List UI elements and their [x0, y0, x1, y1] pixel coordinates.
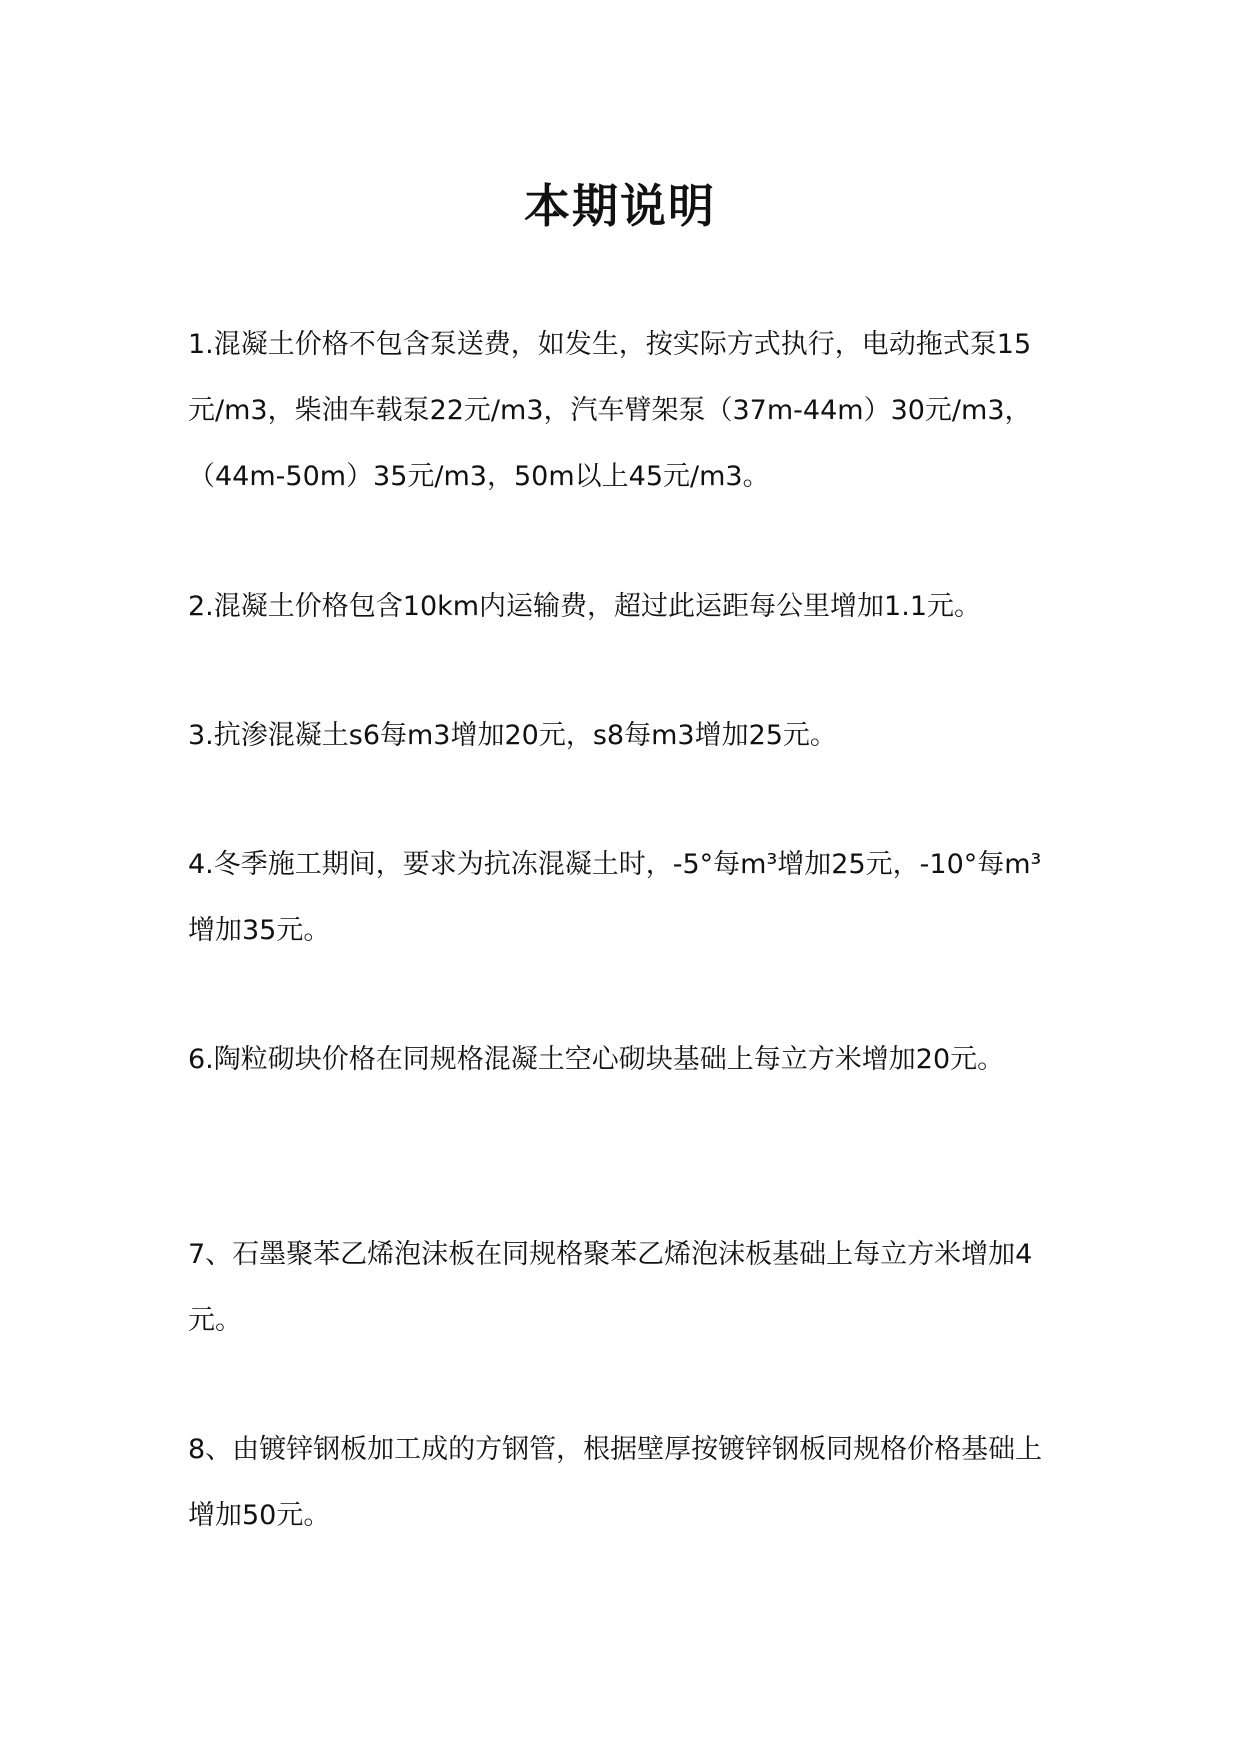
paragraph-3: 3.抗渗混凝土s6每m3增加20元，s8每m3增加25元。 — [188, 703, 1058, 769]
paragraph-4: 4.冬季施工期间，要求为抗冻混凝土时，-5°每m³增加25元，-10°每m³增加… — [188, 832, 1058, 964]
paragraph-7: 7、石墨聚苯乙烯泡沫板在同规格聚苯乙烯泡沫板基础上每立方米增加4元。 — [188, 1222, 1058, 1354]
paragraph-8: 8、由镀锌钢板加工成的方钢管，根据壁厚按镀锌钢板同规格价格基础上增加50元。 — [188, 1417, 1058, 1549]
page-title: 本期说明 — [0, 170, 1240, 236]
paragraph-1: 1.混凝土价格不包含泵送费，如发生，按实际方式执行，电动拖式泵15元/m3，柴油… — [188, 312, 1058, 510]
paragraph-6: 6.陶粒砌块价格在同规格混凝土空心砌块基础上每立方米增加20元。 — [188, 1027, 1058, 1093]
paragraph-2: 2.混凝土价格包含10km内运输费，超过此运距每公里增加1.1元。 — [188, 574, 1058, 640]
